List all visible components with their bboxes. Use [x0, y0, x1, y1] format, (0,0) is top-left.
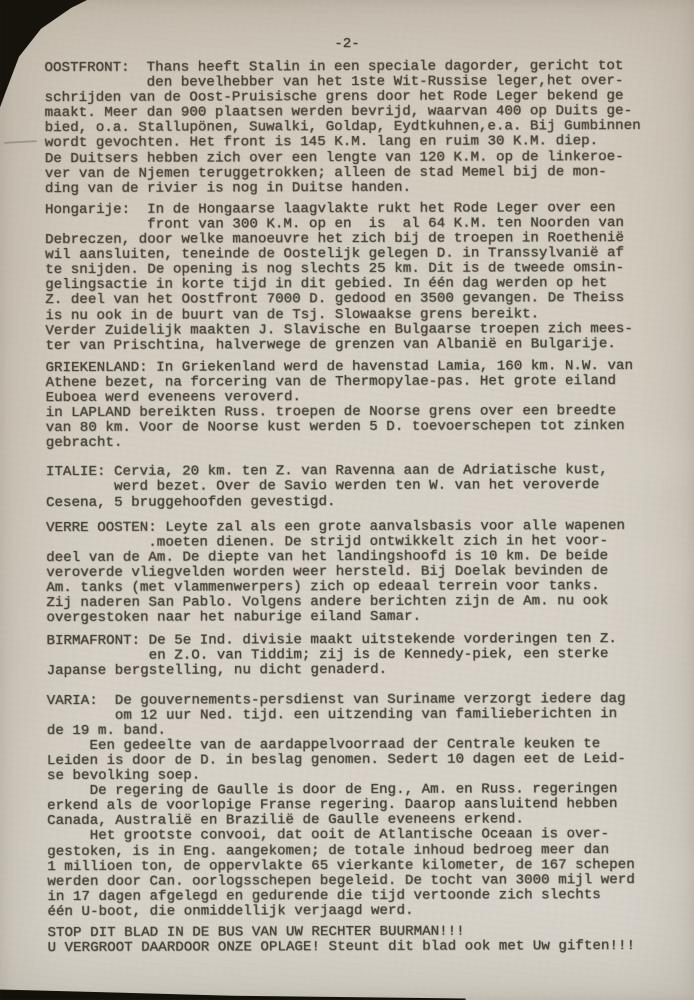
- document-page: -2- OOSTFRONT: Thans heeft Stalin in een…: [0, 0, 694, 1000]
- section-hongarije: Hongarije: In de Hongaarse laagvlakte ru…: [45, 201, 658, 354]
- photo-dark-edge-bottom-left: [0, 988, 466, 1000]
- document-body: OOSTFRONT: Thans heeft Stalin in een spe…: [44, 59, 659, 956]
- page-number: -2-: [0, 37, 694, 52]
- section-varia: VARIA: De gouvernements-persdienst van S…: [47, 691, 660, 920]
- section-birmafront: BIRMAFRONT: De 5e Ind. divisie maakt uit…: [46, 632, 658, 679]
- pencil-mark: [4, 140, 37, 144]
- section-griekenland-lapland: GRIEKENLAND: In Griekenland werd de have…: [45, 359, 657, 452]
- document-photo: -2- OOSTFRONT: Thans heeft Stalin in een…: [0, 0, 694, 1000]
- section-oostfront: OOSTFRONT: Thans heeft Stalin in een spe…: [44, 59, 656, 197]
- section-italie: ITALIE: Cervia, 20 km. ten Z. van Ravenn…: [46, 463, 658, 510]
- section-verre-oosten: VERRE OOSTEN: Leyte zal als een grote aa…: [46, 519, 658, 627]
- footer-distribution-appeal: STOP DIT BLAD IN DE BUS VAN UW RECHTER B…: [47, 924, 659, 956]
